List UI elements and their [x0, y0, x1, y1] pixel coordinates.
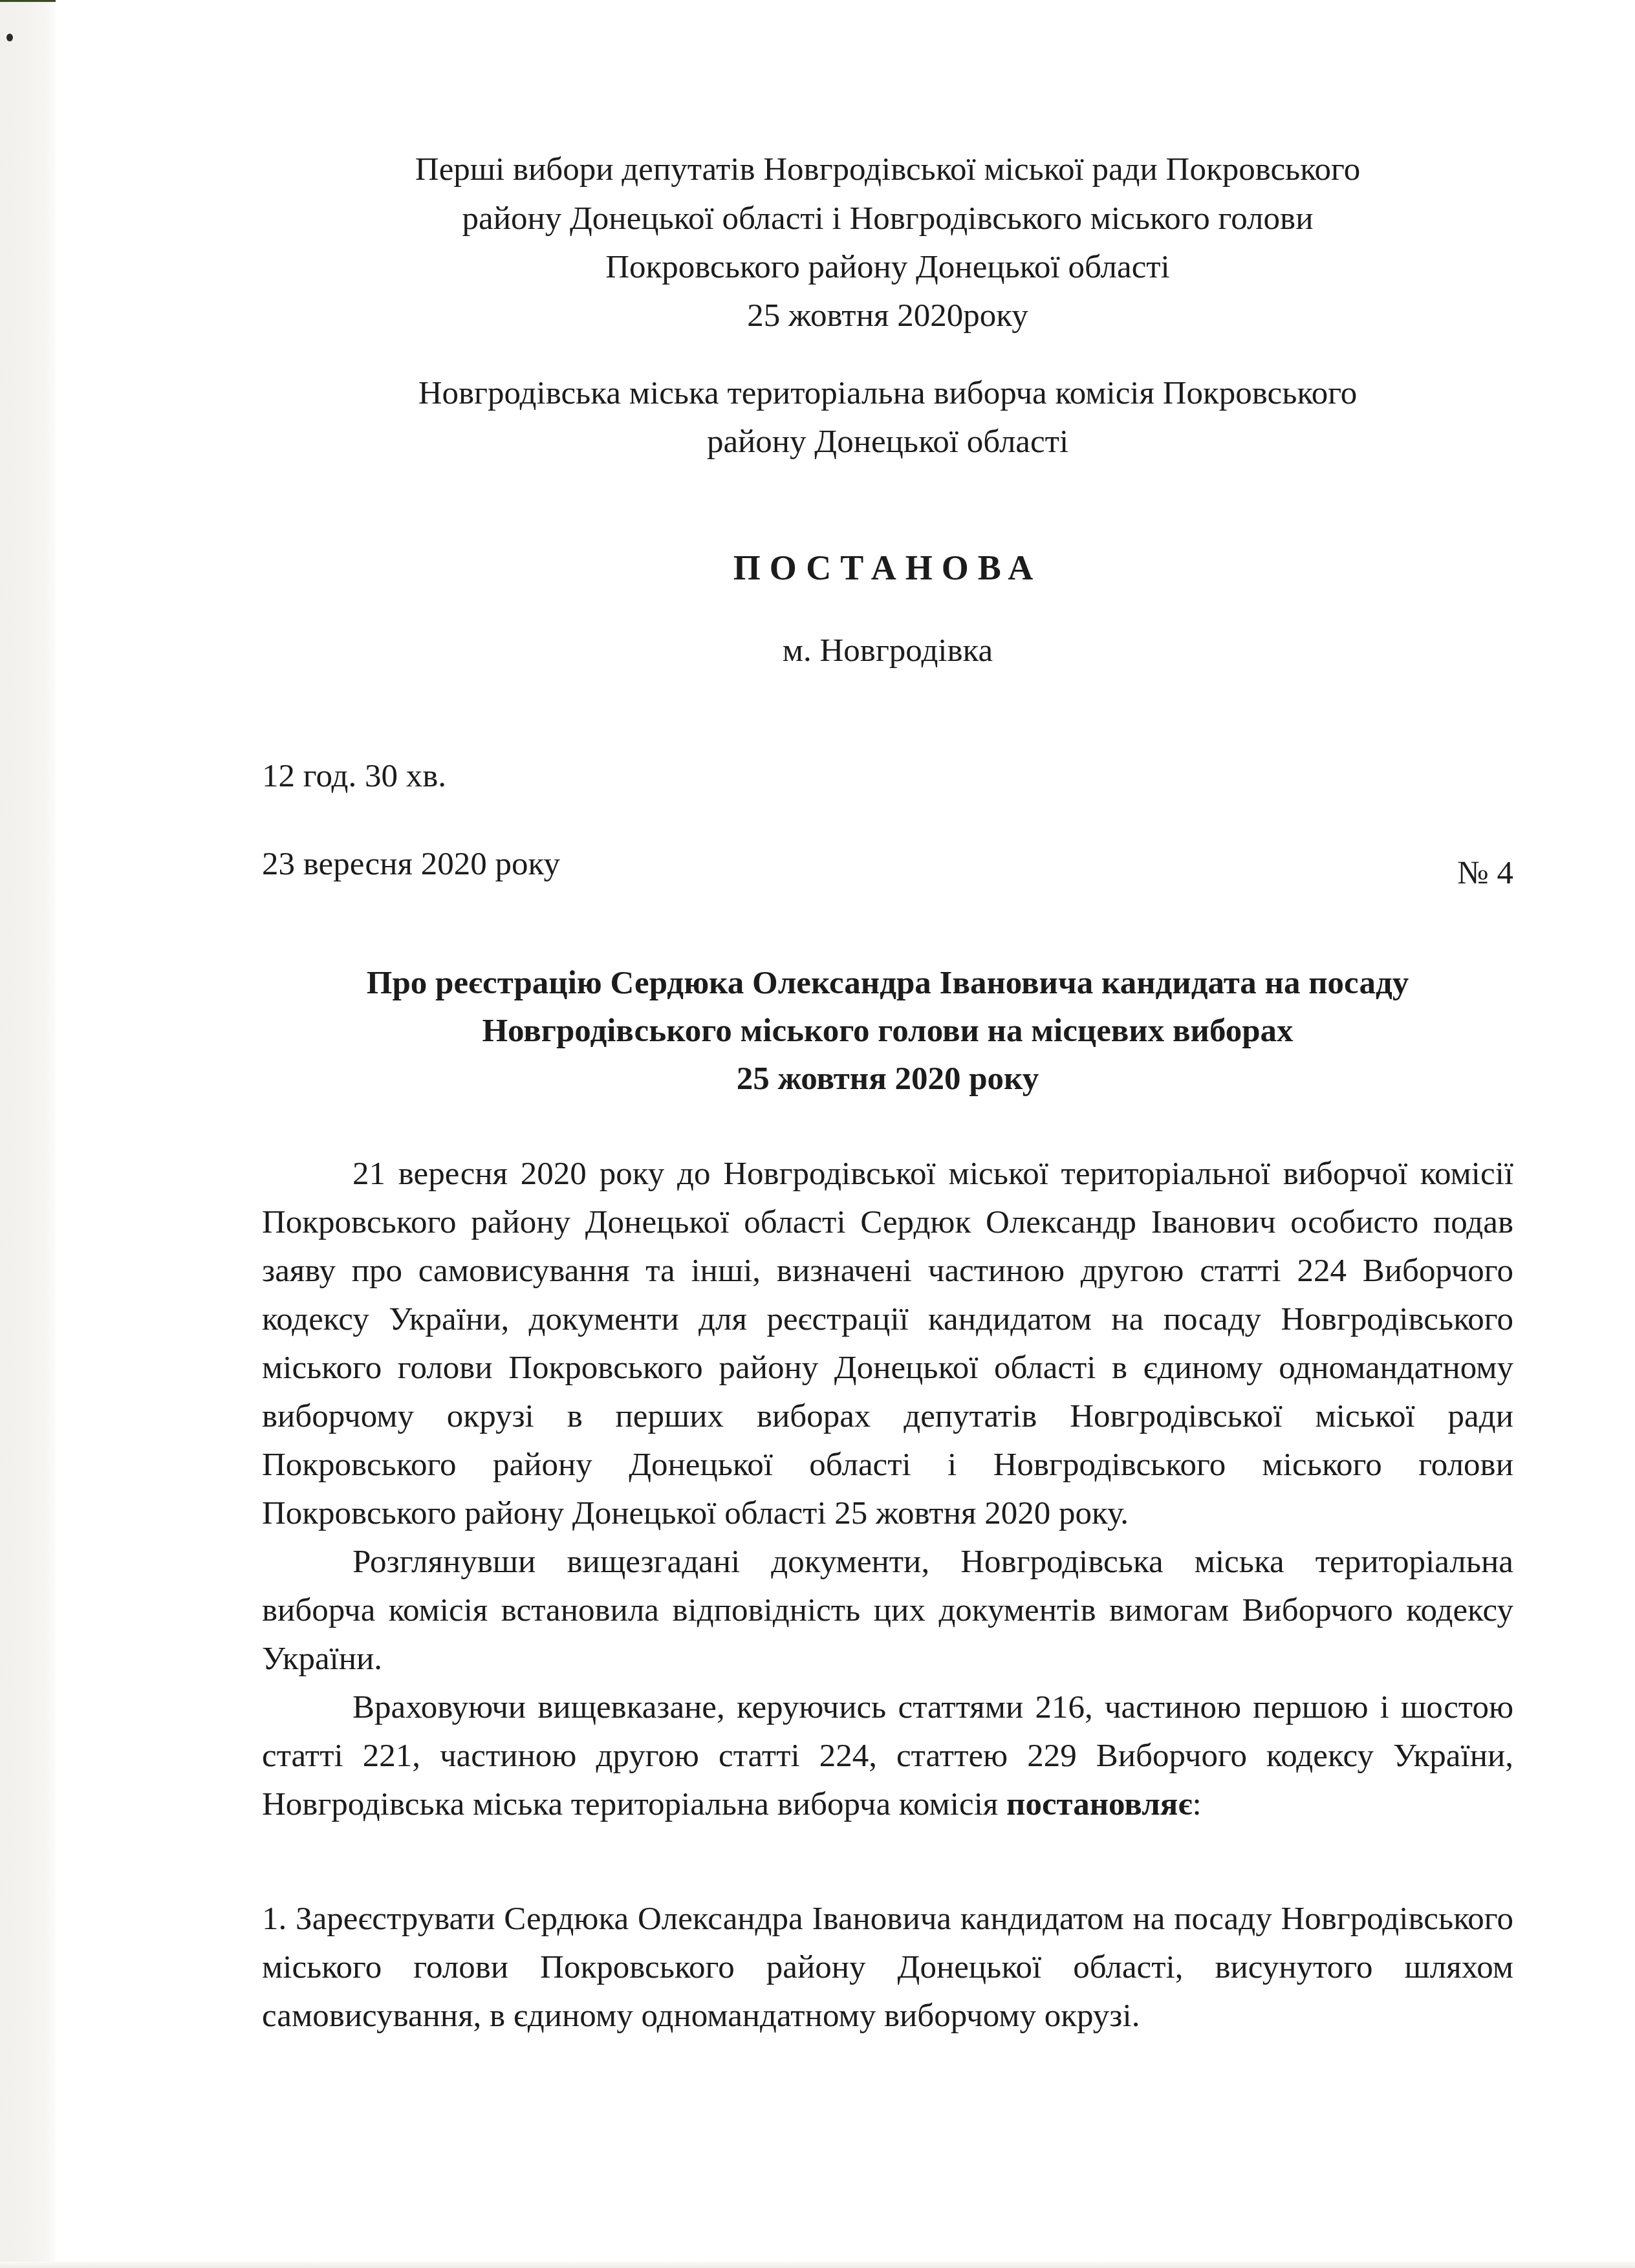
subject-line: Новгродівського міського голови на місце…: [262, 1011, 1513, 1050]
scan-edge-shadow: [0, 0, 56, 2268]
subject-line: 25 жовтня 2020 року: [262, 1059, 1513, 1098]
resolves-word: постановляє: [1006, 1786, 1192, 1822]
scan-edge-mark: [0, 0, 56, 2]
body-paragraph-review: Розглянувши вищезгадані документи, Новгр…: [262, 1538, 1513, 1683]
decision-item-1: 1. Зареєструвати Сердюка Олександра Іван…: [262, 1895, 1513, 2040]
commission-line: району Донецької області: [262, 422, 1513, 461]
body-paragraph-grounds: Враховуючи вищевказане, керуючись стаття…: [262, 1683, 1513, 1829]
election-title-line: 25 жовтня 2020року: [262, 296, 1513, 335]
subject-line: Про реєстрацію Сердюка Олександра Іванов…: [262, 964, 1513, 1002]
grounds-colon: :: [1192, 1786, 1201, 1822]
document-time: 12 год. 30 хв.: [262, 757, 446, 795]
election-title-line: району Донецької області і Новгродівсько…: [262, 199, 1513, 238]
body-paragraph-application: 21 вересня 2020 року до Новгродівської м…: [262, 1150, 1513, 1538]
document-body: 21 вересня 2020 року до Новгродівської м…: [262, 1150, 1513, 1829]
document-place: м. Новгродівка: [262, 631, 1513, 670]
commission-line: Новгродівська міська територіальна вибор…: [262, 374, 1513, 413]
decision-list: 1. Зареєструвати Сердюка Олександра Іван…: [262, 1895, 1513, 2040]
election-title-line: Перші вибори депутатів Новгродівської мі…: [262, 150, 1513, 189]
document-type-title: ПОСТАНОВА: [262, 548, 1513, 587]
election-title-line: Покровського району Донецької області: [262, 248, 1513, 286]
scan-speck: [6, 34, 13, 41]
document-date: 23 вересня 2020 року: [262, 845, 560, 883]
document-number: № 4: [1457, 854, 1513, 892]
scan-edge-shadow-bottom: [0, 2262, 1635, 2268]
grounds-text: Враховуючи вищевказане, керуючись стаття…: [262, 1689, 1513, 1822]
